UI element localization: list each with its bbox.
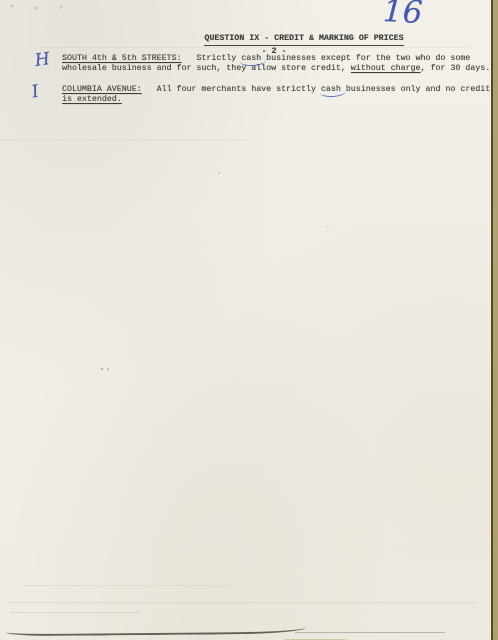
typed-underlined-text: without charge [351, 64, 421, 73]
scan-streak [10, 612, 140, 613]
typed-underlined-text: is extended. [62, 95, 122, 104]
typed-text: businesses only and no credit [341, 85, 490, 94]
scan-speck [218, 172, 220, 174]
margin-mark-h: H [34, 49, 51, 71]
typed-text: All four merchants have strictly [142, 85, 321, 94]
scan-edge-line-faint [295, 630, 445, 633]
scan-streak [0, 140, 250, 141]
section-heading: SOUTH 4th & 5th STREETS: [62, 54, 182, 63]
typed-line: is extended. [62, 95, 490, 105]
scan-smudge [99, 366, 115, 372]
typed-line: wholesale business and for such, they al… [62, 64, 490, 74]
typed-text: wholesale business and for such, they al… [62, 64, 351, 73]
pen-underlined-word: cash [321, 85, 341, 94]
page-header: QUESTION IX - CREDIT & MARKING OF PRICES… [200, 27, 408, 56]
paragraph-south-streets: SOUTH 4th & 5th STREETS: Strictly cash b… [62, 54, 490, 75]
page-title: QUESTION IX - CREDIT & MARKING OF PRICES [204, 34, 403, 46]
scanned-document-page: { "ink_colors": { "typewriter": "#403e3a… [0, 0, 498, 640]
paper-edge [491, 0, 498, 640]
paragraph-columbia-avenue: COLUMBIA AVENUE: All four merchants have… [62, 85, 490, 106]
section-heading: COLUMBIA AVENUE: [62, 85, 142, 94]
typed-line: SOUTH 4th & 5th STREETS: Strictly cash b… [62, 54, 490, 64]
pen-underlined-word: cash [241, 54, 261, 63]
typed-text: , for 30 days. [421, 64, 491, 73]
typed-text: Strictly [182, 54, 242, 63]
scan-speck [327, 225, 329, 227]
scan-smudge [6, 2, 86, 14]
typed-text: businesses except for the two who do som… [261, 54, 470, 63]
typed-line: COLUMBIA AVENUE: All four merchants have… [62, 85, 490, 95]
scan-streak [20, 585, 230, 586]
scan-streak [8, 602, 478, 603]
